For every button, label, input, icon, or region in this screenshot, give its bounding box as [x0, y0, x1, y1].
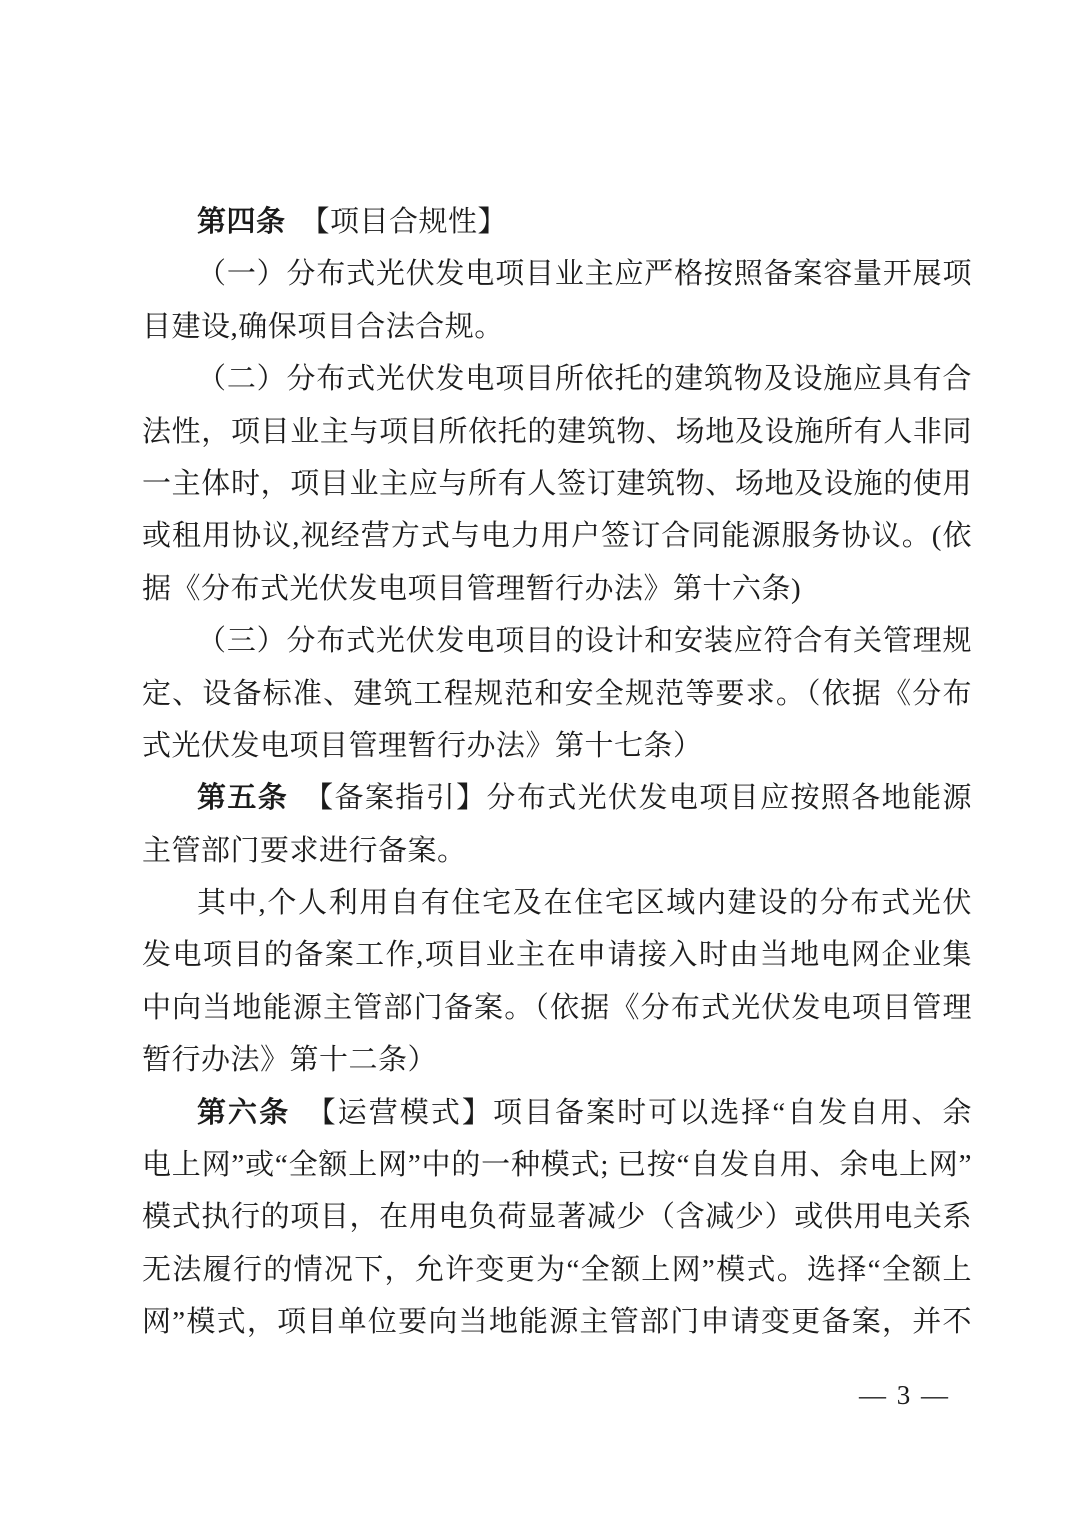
article-number: 第五条: [197, 782, 288, 814]
line-text: 主管部门要求进行备案。: [142, 835, 467, 867]
article-4-item-2-line: 或租用协议,视经营方式与电力用户签订合同能源服务协议。(依: [142, 510, 972, 562]
article-4-item-3-line: 式光伏发电项目管理暂行办法》第十七条）: [142, 720, 972, 772]
article-4-item-1-line: （一）分布式光伏发电项目业主应严格按照备案容量开展项: [142, 248, 972, 300]
article-5-para-2-line: 中向当地能源主管部门备案。（依据《分布式光伏发电项目管理: [142, 982, 972, 1034]
line-text: 发电项目的备案工作,项目业主在申请接入时由当地电网企业集: [142, 939, 972, 971]
line-text: 中向当地能源主管部门备案。（依据《分布式光伏发电项目管理: [142, 992, 972, 1024]
line-text: 式光伏发电项目管理暂行办法》第十七条）: [142, 730, 703, 762]
article-4-item-3-line: （三）分布式光伏发电项目的设计和安装应符合有关管理规: [142, 615, 972, 667]
article-6-line: 网”模式，项目单位要向当地能源主管部门申请变更备案，并不: [142, 1296, 972, 1348]
line-text: （三）分布式光伏发电项目的设计和安装应符合有关管理规: [197, 625, 972, 657]
line-text: 模式执行的项目，在用电负荷显著减少（含减少）或供用电关系: [142, 1201, 972, 1233]
article-6-heading: 第六条 【运营模式】项目备案时可以选择“自发自用、余: [142, 1087, 972, 1139]
line-text: 【运营模式】项目备案时可以选择“自发自用、余: [290, 1097, 972, 1129]
article-5-line: 主管部门要求进行备案。: [142, 825, 972, 877]
page-number: — 3 —: [859, 1378, 950, 1412]
line-text: 目建设,确保项目合法合规。: [142, 311, 504, 343]
line-text: 电上网”或“全额上网”中的一种模式; 已按“自发自用、余电上网”: [142, 1149, 972, 1181]
line-text: 或租用协议,视经营方式与电力用户签订合同能源服务协议。(依: [142, 520, 972, 552]
article-4-item-2-line: 据《分布式光伏发电项目管理暂行办法》第十六条): [142, 563, 972, 615]
line-text: 定、设备标准、建筑工程规范和安全规范等要求。（依据《分布: [142, 678, 972, 710]
article-6-line: 模式执行的项目，在用电负荷显著减少（含减少）或供用电关系: [142, 1191, 972, 1243]
article-4-item-2-line: 一主体时，项目业主应与所有人签订建筑物、场地及设施的使用: [142, 458, 972, 510]
article-5-heading: 第五条 【备案指引】分布式光伏发电项目应按照各地能源: [142, 772, 972, 824]
line-text: 【备案指引】分布式光伏发电项目应按照各地能源: [288, 782, 972, 814]
article-5-para-2-line: 其中,个人利用自有住宅及在住宅区域内建设的分布式光伏: [142, 877, 972, 929]
line-text: 据《分布式光伏发电项目管理暂行办法》第十六条): [142, 573, 801, 605]
line-text: 一主体时，项目业主应与所有人签订建筑物、场地及设施的使用: [142, 468, 972, 500]
text-column: 第四条 【项目合规性】（一）分布式光伏发电项目业主应严格按照备案容量开展项目建设…: [142, 196, 972, 1349]
article-4-heading: 第四条 【项目合规性】: [142, 196, 972, 248]
line-text: （二）分布式光伏发电项目所依托的建筑物及设施应具有合: [197, 363, 972, 395]
article-6-line: 无法履行的情况下，允许变更为“全额上网”模式。选择“全额上: [142, 1244, 972, 1296]
article-5-para-2-line: 发电项目的备案工作,项目业主在申请接入时由当地电网企业集: [142, 929, 972, 981]
article-number: 第六条: [197, 1097, 290, 1129]
line-text: 暂行办法》第十二条）: [142, 1044, 437, 1076]
article-4-item-2-line: （二）分布式光伏发电项目所依托的建筑物及设施应具有合: [142, 353, 972, 405]
document-page: 第四条 【项目合规性】（一）分布式光伏发电项目业主应严格按照备案容量开展项目建设…: [0, 0, 1080, 1528]
line-text: （一）分布式光伏发电项目业主应严格按照备案容量开展项: [197, 258, 972, 290]
line-text: 无法履行的情况下，允许变更为“全额上网”模式。选择“全额上: [142, 1254, 972, 1286]
article-4-item-3-line: 定、设备标准、建筑工程规范和安全规范等要求。（依据《分布: [142, 668, 972, 720]
article-4-item-2-line: 法性，项目业主与项目所依托的建筑物、场地及设施所有人非同: [142, 406, 972, 458]
line-text: 【项目合规性】: [286, 206, 508, 238]
line-text: 其中,个人利用自有住宅及在住宅区域内建设的分布式光伏: [197, 887, 972, 919]
article-4-item-1-line: 目建设,确保项目合法合规。: [142, 301, 972, 353]
article-6-line: 电上网”或“全额上网”中的一种模式; 已按“自发自用、余电上网”: [142, 1139, 972, 1191]
article-5-para-2-line: 暂行办法》第十二条）: [142, 1034, 972, 1086]
line-text: 法性，项目业主与项目所依托的建筑物、场地及设施所有人非同: [142, 416, 972, 448]
article-number: 第四条: [197, 206, 286, 238]
line-text: 网”模式，项目单位要向当地能源主管部门申请变更备案，并不: [142, 1306, 972, 1338]
